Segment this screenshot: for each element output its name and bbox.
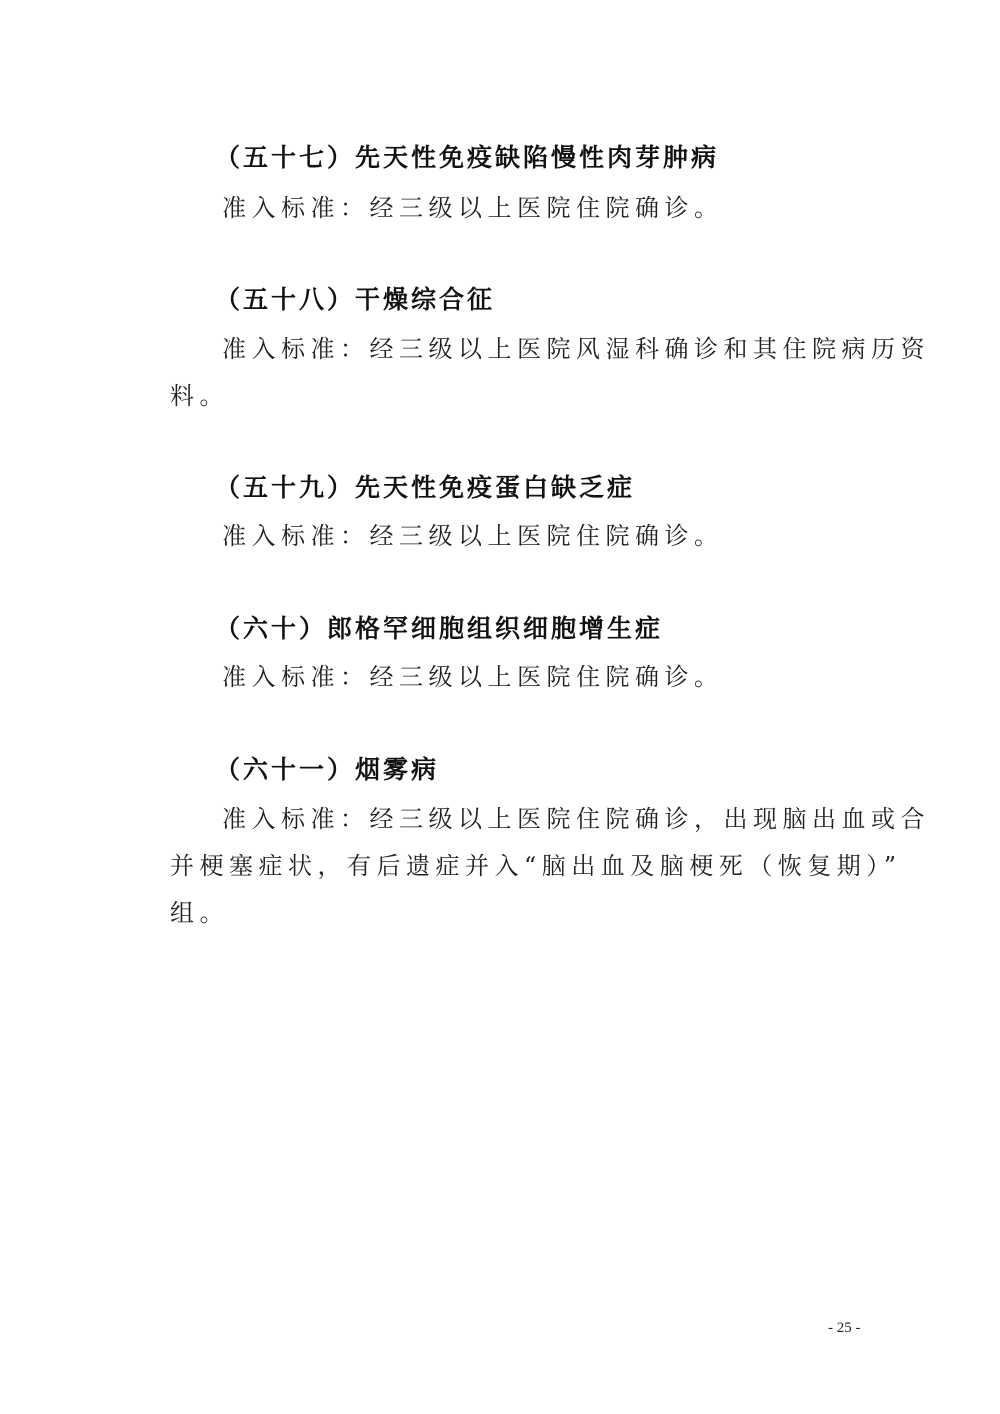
section-58-criteria-line1: 准入标准：经三级以上医院风湿科确诊和其住院病历资 (222, 333, 930, 365)
section-58-criteria-line2: 料。 (170, 380, 229, 412)
section-heading-57: （五十七）先天性免疫缺陷慢性肉芽肿病 (215, 142, 719, 174)
section-61-criteria-line2: 并梗塞症状，有后遗症并入“脑出血及脑梗死（恢复期）” (170, 850, 902, 882)
section-heading-59: （五十九）先天性免疫蛋白缺乏症 (215, 472, 635, 504)
section-heading-61: （六十一）烟雾病 (215, 754, 439, 786)
section-61-criteria-line1: 准入标准：经三级以上医院住院确诊，出现脑出血或合 (222, 803, 930, 835)
section-60-criteria: 准入标准：经三级以上医院住院确诊。 (222, 661, 724, 693)
page-number: - 25 - (828, 1320, 861, 1337)
section-61-criteria-line3: 组。 (170, 897, 229, 929)
section-57-criteria: 准入标准：经三级以上医院住院确诊。 (222, 192, 724, 224)
section-59-criteria: 准入标准：经三级以上医院住院确诊。 (222, 520, 724, 552)
section-heading-58: （五十八）干燥综合征 (215, 284, 495, 316)
section-heading-60: （六十）郎格罕细胞组织细胞增生症 (215, 613, 663, 645)
